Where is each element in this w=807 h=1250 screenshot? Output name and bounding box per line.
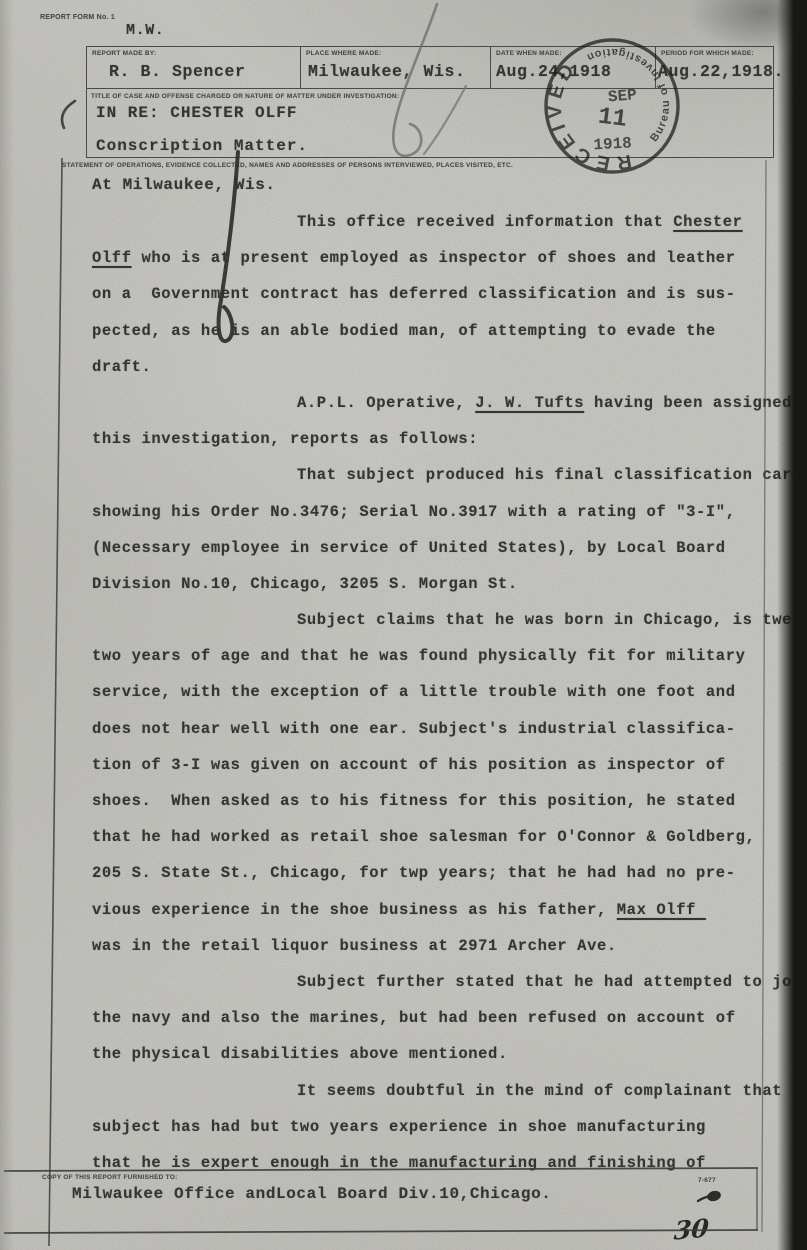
body-line: draft. (92, 349, 764, 385)
field-label: PLACE WHERE MADE: (306, 50, 381, 57)
file-code: M.W. (126, 22, 164, 39)
text-segment: Subject further stated that he had attem… (297, 973, 807, 991)
text-segment: shoes. When asked as to his fitness for … (92, 792, 736, 810)
text-segment: vious experience in the shoe business as… (92, 901, 617, 919)
field-label: DATE WHEN MADE: (496, 50, 562, 57)
underlined-name: Olff (92, 249, 132, 267)
text-segment: That subject produced his final classifi… (297, 466, 802, 484)
body-line: that he is expert enough in the manufact… (92, 1145, 764, 1181)
text-segment: does not hear well with one ear. Subject… (92, 720, 736, 738)
case-title-row: TITLE OF CASE AND OFFENSE CHARGED OR NAT… (87, 89, 773, 157)
body-line: Olff who is at present employed as inspe… (92, 240, 764, 276)
left-margin-rule (49, 158, 62, 1246)
ink-blob-body (706, 1189, 722, 1202)
report-body: This office received information that Ch… (92, 204, 764, 1181)
body-line: Division No.10, Chicago, 3205 S. Morgan … (92, 566, 764, 602)
scanned-report-page: REPORT FORM No. 1 M.W. REPORT MADE BY: R… (0, 0, 807, 1250)
ink-blob-tail (698, 1197, 710, 1201)
statement-label: STATEMENT OF OPERATIONS, EVIDENCE COLLEC… (62, 162, 513, 169)
field-value: R. B. Spencer (109, 62, 246, 81)
text-segment: 205 S. State St., Chicago, for twp years… (92, 864, 736, 882)
scan-edge-band (777, 0, 807, 1250)
case-title-label: TITLE OF CASE AND OFFENSE CHARGED OR NAT… (91, 93, 399, 100)
text-segment: Subject claims that he was born in Chica… (297, 611, 807, 629)
text-segment: showing his Order No.3476; Serial No.391… (92, 503, 736, 521)
text-segment: service, with the exception of a little … (92, 683, 736, 701)
field-label: PERIOD FOR WHICH MADE: (661, 50, 754, 57)
body-line: A.P.L. Operative, J. W. Tufts having bee… (92, 385, 764, 421)
text-segment: subject has had but two years experience… (92, 1118, 706, 1136)
handwritten-page-number: 30 (673, 1213, 710, 1245)
body-line: vious experience in the shoe business as… (92, 892, 764, 928)
text-segment: on a Government contract has deferred cl… (92, 285, 736, 303)
body-line: that he had worked as retail shoe salesm… (92, 819, 764, 855)
body-line: Subject claims that he was born in Chica… (92, 602, 764, 638)
form-code: 7-677 (698, 1177, 716, 1184)
text-segment: (Necessary employee in service of United… (92, 539, 726, 557)
body-line: tion of 3-I was given on account of his … (92, 747, 764, 783)
footer-bottom-rule (4, 1230, 758, 1233)
body-line: this investigation, reports as follows: (92, 421, 764, 457)
handwritten-check-mark (62, 101, 75, 128)
case-title: IN RE: CHESTER OLFF (96, 104, 297, 122)
ink-blob (698, 1189, 722, 1202)
field-place-where-made: PLACE WHERE MADE: Milwaukee, Wis. (301, 47, 491, 88)
body-line: two years of age and that he was found p… (92, 638, 764, 674)
text-segment: two years of age and that he was found p… (92, 647, 746, 665)
text-segment: this investigation, reports as follows: (92, 430, 478, 448)
text-segment: the physical disabilities above mentione… (92, 1045, 508, 1063)
field-value: Milwaukee, Wis. (308, 62, 466, 81)
case-subtitle: Conscription Matter. (96, 137, 308, 155)
text-segment: was in the retail liquor business at 297… (92, 937, 617, 955)
text-segment: that he is expert enough in the manufact… (92, 1154, 706, 1172)
form-number-label: REPORT FORM No. 1 (40, 14, 115, 21)
body-line: service, with the exception of a little … (92, 674, 764, 710)
text-segment: Division No.10, Chicago, 3205 S. Morgan … (92, 575, 518, 593)
underlined-name: Max Olff (617, 901, 706, 919)
underlined-name: J. W. Tufts (475, 394, 584, 412)
body-line: This office received information that Ch… (92, 204, 764, 240)
text-segment: having been assigned (584, 394, 792, 412)
text-segment: draft. (92, 358, 151, 376)
body-line: shoes. When asked as to his fitness for … (92, 783, 764, 819)
text-segment: This office received information that (297, 213, 673, 231)
location-line: At Milwaukee, Wis. (92, 176, 276, 194)
body-line: It seems doubtful in the mind of complai… (92, 1073, 764, 1109)
body-line: (Necessary employee in service of United… (92, 530, 764, 566)
field-report-made-by: REPORT MADE BY: R. B. Spencer (87, 47, 301, 88)
left-edge-shadow (0, 0, 14, 1250)
text-segment: the navy and also the marines, but had b… (92, 1009, 736, 1027)
text-segment: It seems doubtful in the mind of complai… (297, 1082, 807, 1100)
report-header-table: REPORT MADE BY: R. B. Spencer PLACE WHER… (86, 46, 774, 158)
field-value: Aug.22,1918. (658, 62, 784, 81)
copy-furnished-value: Milwaukee Office andLocal Board Div.10,C… (72, 1185, 551, 1203)
text-segment: that he had worked as retail shoe salesm… (92, 828, 755, 846)
body-line: showing his Order No.3476; Serial No.391… (92, 494, 764, 530)
field-label: REPORT MADE BY: (92, 50, 156, 57)
body-line: Subject further stated that he had attem… (92, 964, 764, 1000)
body-line: the physical disabilities above mentione… (92, 1036, 764, 1072)
header-fields-row: REPORT MADE BY: R. B. Spencer PLACE WHER… (87, 47, 773, 89)
body-line: subject has had but two years experience… (92, 1109, 764, 1145)
text-segment: pected, as he is an able bodied man, of … (92, 322, 716, 340)
body-line: the navy and also the marines, but had b… (92, 1000, 764, 1036)
text-segment: tion of 3-I was given on account of his … (92, 756, 726, 774)
field-period-for-which-made: PERIOD FOR WHICH MADE: Aug.22,1918. (656, 47, 773, 88)
body-line: That subject produced his final classifi… (92, 457, 764, 493)
field-date-when-made: DATE WHEN MADE: Aug.24,1918 (491, 47, 656, 88)
underlined-name: Chester (673, 213, 742, 231)
body-line: on a Government contract has deferred cl… (92, 276, 764, 312)
body-line: does not hear well with one ear. Subject… (92, 711, 764, 747)
field-value: Aug.24,1918 (496, 62, 612, 81)
body-line: was in the retail liquor business at 297… (92, 928, 764, 964)
text-segment: who is at present employed as inspector … (132, 249, 736, 267)
copy-furnished-label: COPY OF THIS REPORT FURNISHED TO: (42, 1174, 178, 1181)
text-segment: A.P.L. Operative, (297, 394, 475, 412)
body-line: 205 S. State St., Chicago, for twp years… (92, 855, 764, 891)
body-line: pected, as he is an able bodied man, of … (92, 313, 764, 349)
